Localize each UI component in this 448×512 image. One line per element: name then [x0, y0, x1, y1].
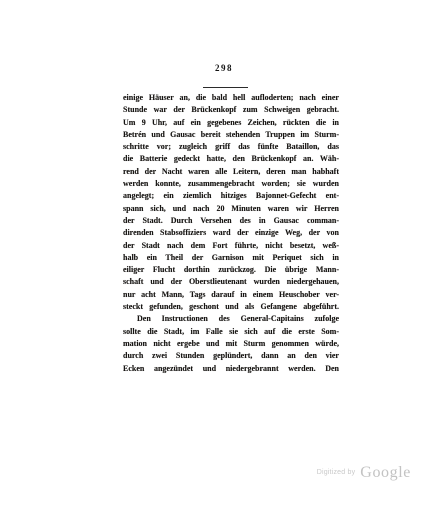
text-line: Betrén und Gausac bereit stehenden Trupp… [123, 129, 339, 141]
text-line: angelegt; ein ziemlich hitziges Bajonnet… [123, 190, 339, 202]
scanned-book-page: 298 einige Häuser an, die bald hell aufl… [0, 0, 448, 512]
google-logo-text: Google [360, 464, 411, 481]
text-line-paragraph-start: Den Instructionen des General-Capitains … [123, 313, 339, 325]
text-line: die Batterie gedeckt hatte, den Brückenk… [123, 153, 339, 165]
body-text: einige Häuser an, die bald hell aufloder… [123, 92, 339, 375]
google-watermark: Digitized byGoogle [317, 464, 411, 482]
text-line: Um 9 Uhr, auf ein gegebenes Zeichen, rüc… [123, 117, 339, 129]
text-line: sollte die Stadt, im Falle sie sich auf … [123, 326, 339, 338]
text-line: der Stadt. Durch Versehen des in Gausac … [123, 215, 339, 227]
text-line: durch zwei Stunden geplündert, dann an d… [123, 350, 339, 362]
page-number-rule [203, 87, 248, 88]
text-line: halb ein Theil der Garnison mit Periquet… [123, 252, 339, 264]
text-line: werden konnte, zusammengebracht worden; … [123, 178, 339, 190]
text-line: einige Häuser an, die bald hell aufloder… [123, 92, 339, 104]
page-number: 298 [0, 63, 448, 73]
text-line: der Stadt nach dem Fort führte, nicht be… [123, 240, 339, 252]
text-line: nur acht Mann, Tags darauf in einem Heus… [123, 289, 339, 301]
text-line: direnden Stabsoffiziers ward der einzige… [123, 227, 339, 239]
digitized-by-label: Digitized by [317, 469, 356, 476]
text-line: eiliger Flucht dorthin zurückzog. Die üb… [123, 264, 339, 276]
text-line: schritte vor; zugleich griff das fünfte … [123, 141, 339, 153]
text-line: Stunde war der Brückenkopf zum Schweigen… [123, 104, 339, 116]
text-line: Ecken angezündet und niedergebrannt werd… [123, 363, 339, 375]
text-line: steckt gefunden, geschont und als Gefang… [123, 301, 339, 313]
text-line: schaft und der Oberstlieutenant wurden n… [123, 276, 339, 288]
text-line: mation nicht ergebe und mit Sturm genomm… [123, 338, 339, 350]
text-line: rend der Nacht waren alle Leitern, deren… [123, 166, 339, 178]
text-line: spann sich, und nach 20 Minuten waren wi… [123, 203, 339, 215]
